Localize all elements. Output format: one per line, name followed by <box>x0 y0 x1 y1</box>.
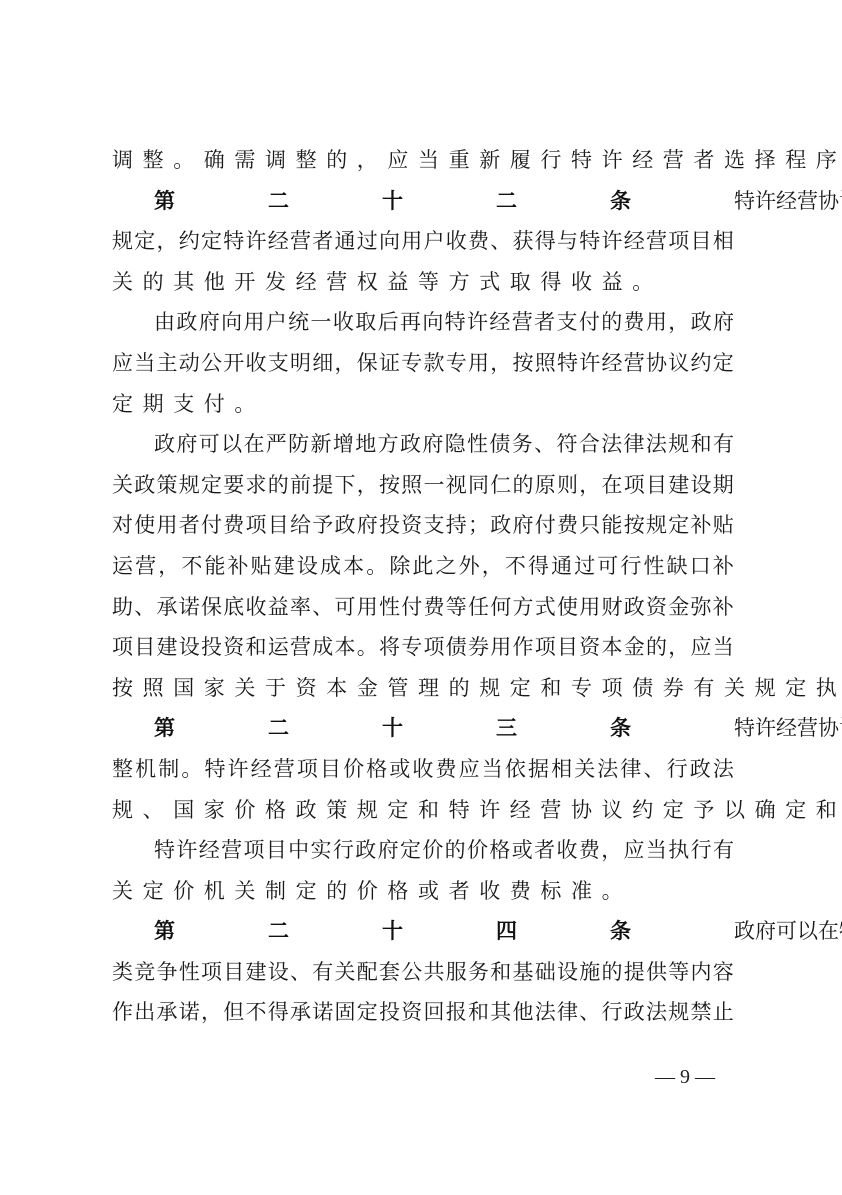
text-line: 调整。确需调整的，应当重新履行特许经营者选择程序。 <box>112 140 734 181</box>
text-line: 政府可以在严防新增地方政府隐性债务、符合法律法规和有 <box>112 424 734 465</box>
line-text: 政府可以在严防新增地方政府隐性债务、符合法律法规和有 <box>154 424 734 465</box>
article-heading-line: 第二十二条特许经营协议根据有关法律、行政法规和国家 <box>112 181 734 222</box>
text-line: 对使用者付费项目给予政府投资支持；政府付费只能按规定补贴 <box>112 505 734 546</box>
text-line: 规定，约定特许经营者通过向用户收费、获得与特许经营项目相 <box>112 221 734 262</box>
text-line: 特许经营项目中实行政府定价的价格或者收费，应当执行有 <box>112 830 734 871</box>
line-text: 对使用者付费项目给予政府投资支持；政府付费只能按规定补贴 <box>112 505 734 546</box>
line-text: 由政府向用户统一收取后再向特许经营者支付的费用，政府 <box>154 302 734 343</box>
line-text: 助、承诺保底收益率、可用性付费等任何方式使用财政资金弥补 <box>112 587 734 628</box>
article-number: 第二十三条 <box>154 716 724 740</box>
text-line: 规、国家价格政策规定和特许经营协议约定予以确定和调整。 <box>112 790 734 831</box>
line-text: 按照国家关于资本金管理的规定和专项债券有关规定执行。 <box>112 676 842 700</box>
text-line: 应当主动公开收支明细，保证专款专用，按照特许经营协议约定 <box>112 343 734 384</box>
article-number: 第二十四条 <box>154 919 724 943</box>
line-text: 项目建设投资和运营成本。将专项债券用作项目资本金的，应当 <box>112 627 734 668</box>
text-line: 项目建设投资和运营成本。将专项债券用作项目资本金的，应当 <box>112 627 734 668</box>
text-line: 类竞争性项目建设、有关配套公共服务和基础设施的提供等内容 <box>112 952 734 993</box>
article-heading-line: 第二十四条政府可以在特许经营协议中就防止不必要的同 <box>112 911 734 952</box>
document-body: 调整。确需调整的，应当重新履行特许经营者选择程序。第二十二条特许经营协议根据有关… <box>112 140 734 1033</box>
line-text: 类竞争性项目建设、有关配套公共服务和基础设施的提供等内容 <box>112 952 734 993</box>
line-text: 作出承诺，但不得承诺固定投资回报和其他法律、行政法规禁止 <box>112 992 734 1033</box>
text-line: 关定价机关制定的价格或者收费标准。 <box>112 871 734 912</box>
text-line: 按照国家关于资本金管理的规定和专项债券有关规定执行。 <box>112 668 734 709</box>
line-text: 整机制。特许经营项目价格或收费应当依据相关法律、行政法 <box>112 749 734 790</box>
document-page: 调整。确需调整的，应当重新履行特许经营者选择程序。第二十二条特许经营协议根据有关… <box>0 0 842 1195</box>
line-text: 关的其他开发经营权益等方式取得收益。 <box>112 270 663 294</box>
line-text: 应当主动公开收支明细，保证专款专用，按照特许经营协议约定 <box>112 343 734 384</box>
article-heading-line: 第二十三条特许经营协议应当明确价格或收费的确定和调 <box>112 708 734 749</box>
article-number: 第二十二条 <box>154 189 724 213</box>
text-line: 由政府向用户统一收取后再向特许经营者支付的费用，政府 <box>112 302 734 343</box>
line-text: 规定，约定特许经营者通过向用户收费、获得与特许经营项目相 <box>112 221 734 262</box>
line-text: 调整。确需调整的，应当重新履行特许经营者选择程序。 <box>112 148 842 172</box>
text-line: 关的其他开发经营权益等方式取得收益。 <box>112 262 734 303</box>
line-text: 运营，不能补贴建设成本。除此之外，不得通过可行性缺口补 <box>112 546 734 587</box>
line-text: 特许经营项目中实行政府定价的价格或者收费，应当执行有 <box>154 830 734 871</box>
line-text: 关政策规定要求的前提下，按照一视同仁的原则，在项目建设期 <box>112 465 734 506</box>
line-text: 规、国家价格政策规定和特许经营协议约定予以确定和调整。 <box>112 798 842 822</box>
text-line: 运营，不能补贴建设成本。除此之外，不得通过可行性缺口补 <box>112 546 734 587</box>
text-line: 整机制。特许经营项目价格或收费应当依据相关法律、行政法 <box>112 749 734 790</box>
text-line: 助、承诺保底收益率、可用性付费等任何方式使用财政资金弥补 <box>112 587 734 628</box>
line-text: 定期支付。 <box>112 392 265 416</box>
page-number: — 9 — <box>640 1066 730 1089</box>
text-line: 作出承诺，但不得承诺固定投资回报和其他法律、行政法规禁止 <box>112 992 734 1033</box>
line-text: 关定价机关制定的价格或者收费标准。 <box>112 879 632 903</box>
text-line: 关政策规定要求的前提下，按照一视同仁的原则，在项目建设期 <box>112 465 734 506</box>
text-line: 定期支付。 <box>112 384 734 425</box>
